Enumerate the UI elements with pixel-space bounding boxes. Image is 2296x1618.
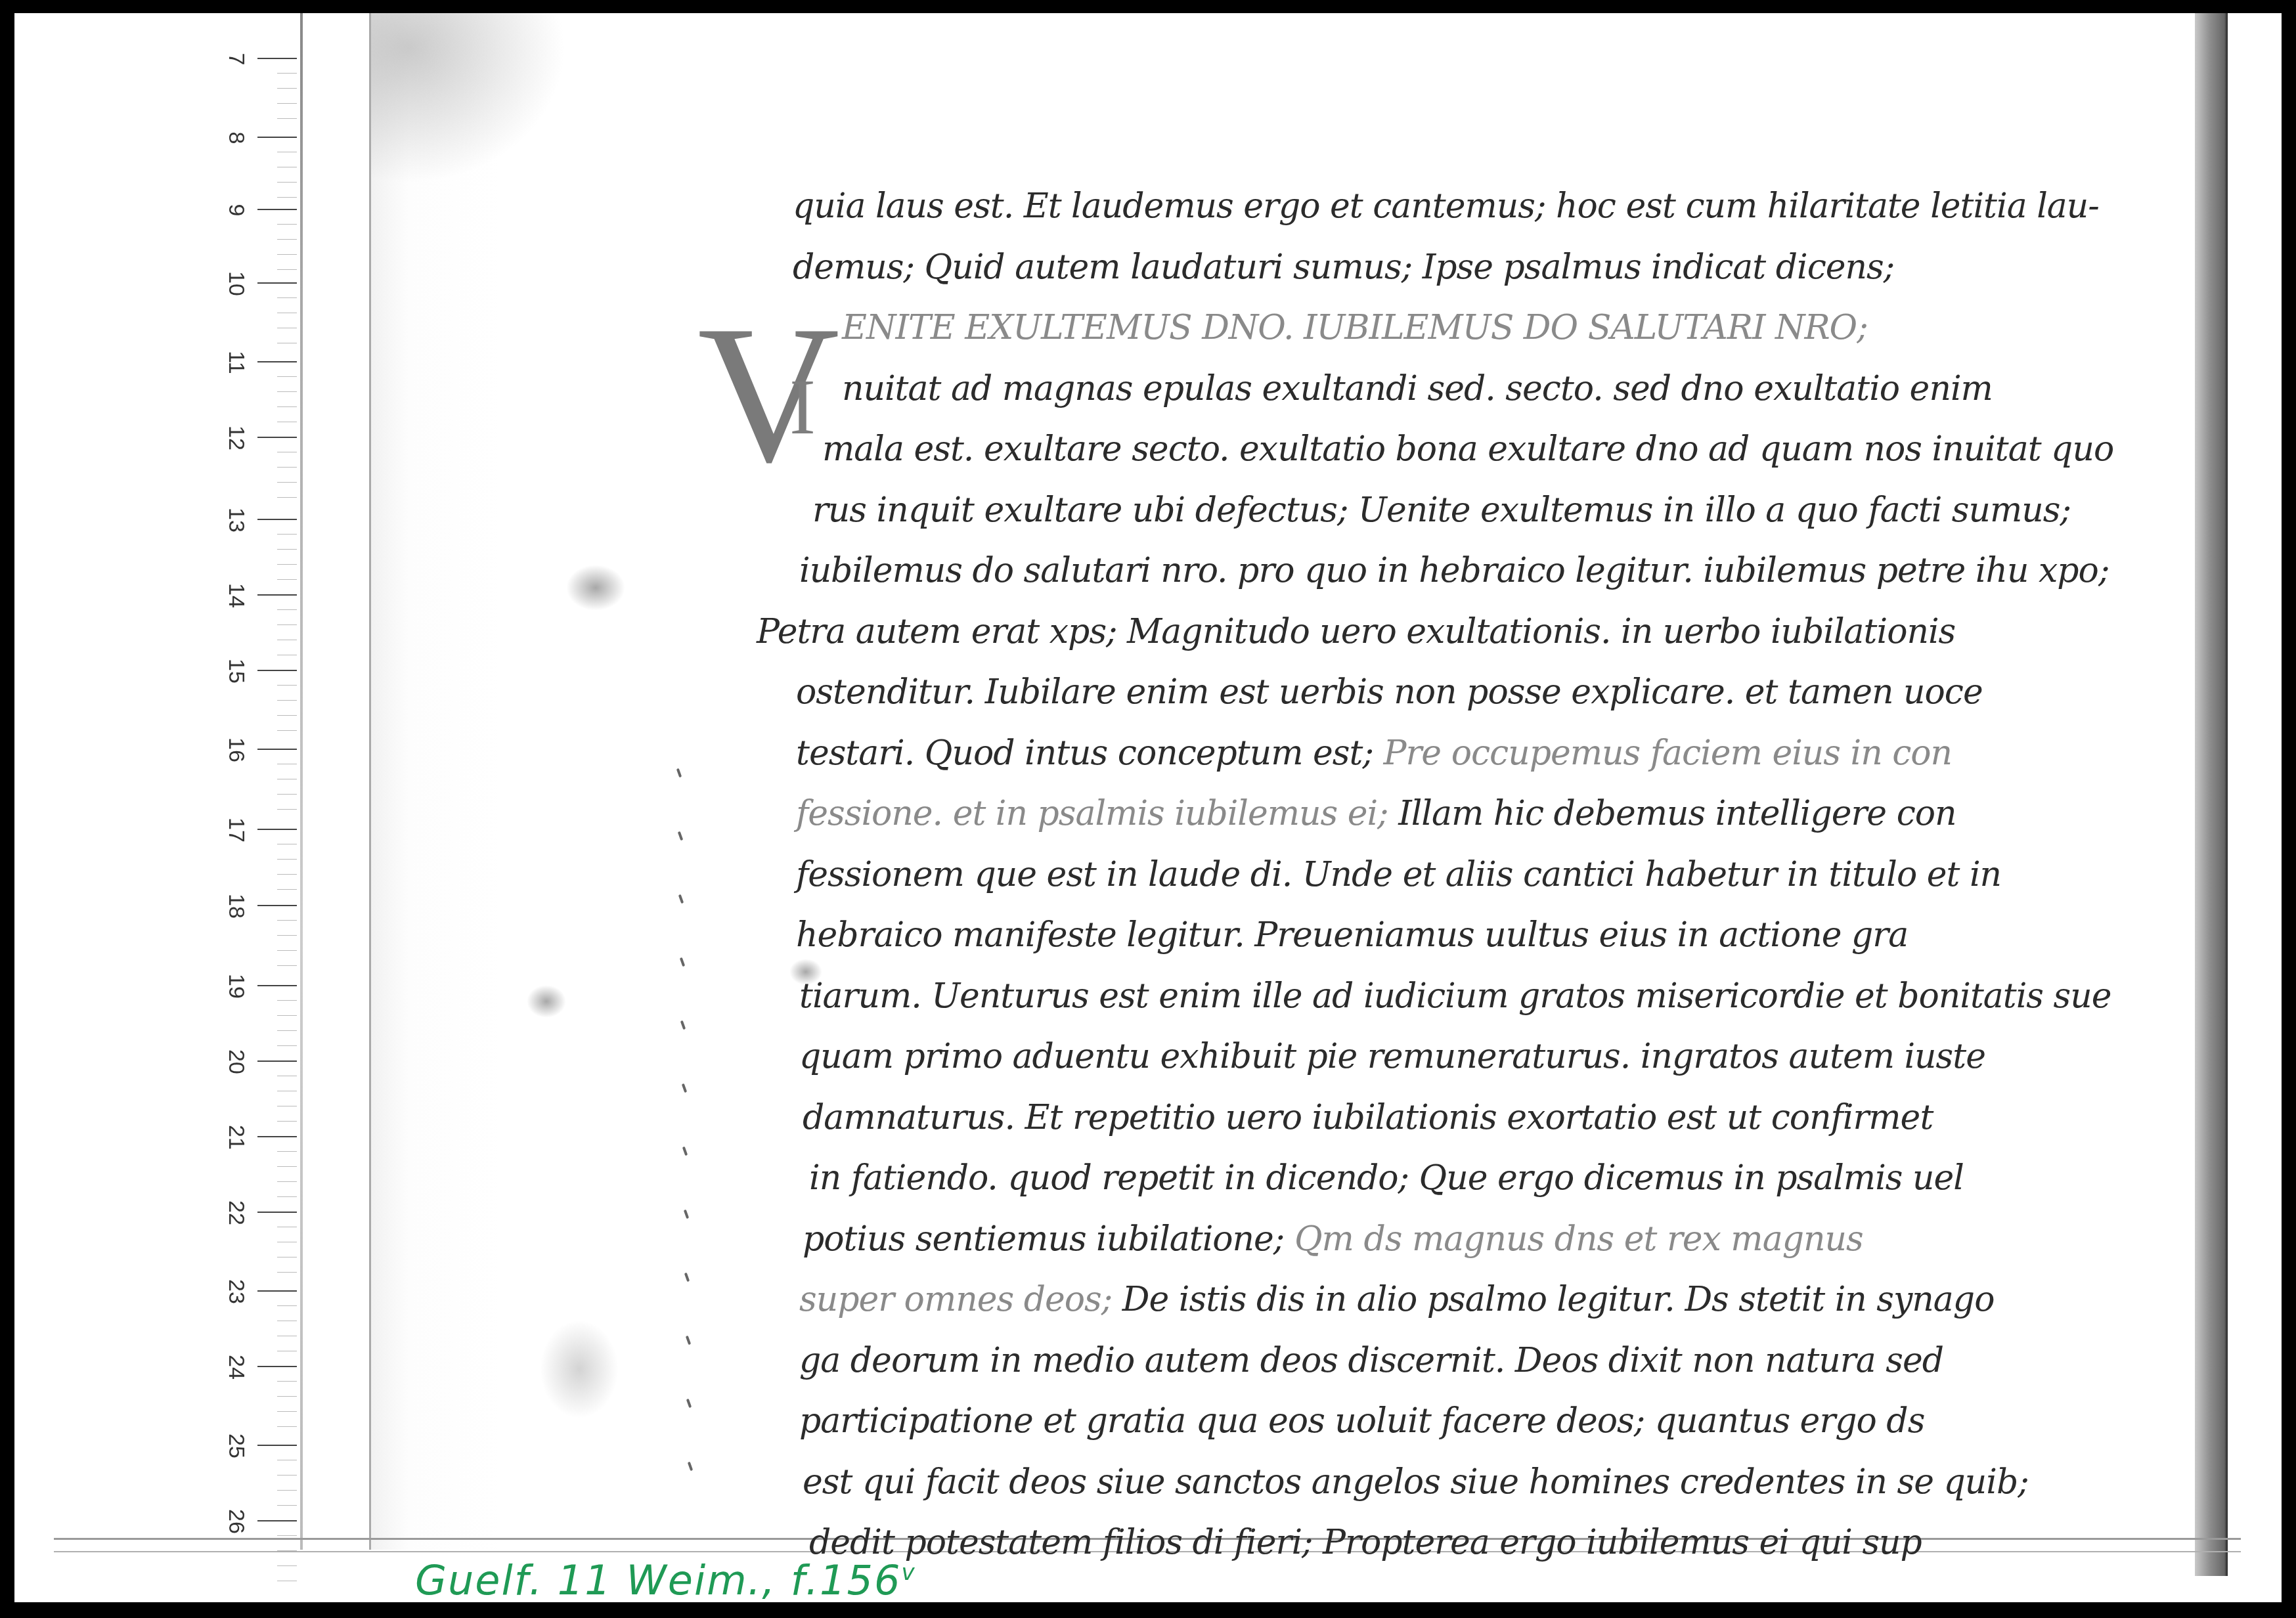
- ruler-minor-tick: [277, 118, 297, 119]
- ruler-minor-tick: [277, 1257, 297, 1257]
- line-text: iubilemus do salutari nro. pro quo in he…: [799, 551, 2109, 590]
- ruler-minor-tick: [277, 1000, 297, 1001]
- line-text: nuitat ad magnas epulas exultandi sed. s…: [842, 369, 1993, 408]
- ruler-minor-tick: [277, 1091, 297, 1091]
- ruler-minor-tick: [277, 1336, 297, 1336]
- ruler-minor-tick: [277, 297, 297, 298]
- ruler-minor-tick: [277, 1321, 297, 1321]
- ruler-minor-tick: [277, 376, 297, 377]
- ruler-minor-tick: [277, 889, 297, 890]
- line-text: quam primo aduentu exhibuit pie remunera…: [799, 1037, 1985, 1076]
- ruler-major-tick: [257, 1366, 297, 1367]
- leaf-edge: [369, 13, 371, 1550]
- ruler-major-tick: [257, 670, 297, 671]
- ruler-label: 21: [223, 1118, 250, 1157]
- line-text: ga deorum in medio autem deos discernit.…: [799, 1341, 1943, 1380]
- ruler-label: 23: [223, 1272, 250, 1311]
- ruler-major-tick: [257, 594, 297, 596]
- shelfmark-text: Guelf. 11 Weim., f.156: [415, 1556, 901, 1602]
- ruler-label: 8: [223, 118, 250, 158]
- ruler-minor-tick: [277, 1396, 297, 1397]
- ruler-minor-tick: [277, 965, 297, 966]
- ruler-minor-tick: [277, 1045, 297, 1046]
- ruler-minor-tick: [277, 1272, 297, 1273]
- manuscript-line: ga deorum in medio autem deos discernit.…: [799, 1340, 1943, 1382]
- ruler-minor-tick: [277, 730, 297, 731]
- manuscript-line: Petra autem erat xps; Magnitudo uero exu…: [757, 611, 1955, 653]
- ruler-minor-tick: [277, 564, 297, 565]
- ruler-minor-tick: [277, 422, 297, 422]
- ruler-label: 10: [223, 264, 250, 303]
- parchment-blot: [527, 985, 566, 1018]
- ruler-minor-tick: [277, 254, 297, 255]
- parchment-blot: [566, 565, 625, 611]
- ruler-minor-tick: [277, 534, 297, 535]
- ruler-minor-tick: [277, 685, 297, 686]
- manuscript-line: dedit potestatem filios di fieri; Propte…: [809, 1521, 1922, 1563]
- line-text: demus; Quid autem laudaturi sumus; Ipse …: [793, 248, 1894, 287]
- ruler-major-tick: [257, 1060, 297, 1062]
- manuscript-line: hebraico manifeste legitur. Preueniamus …: [796, 914, 1908, 956]
- ruler-minor-tick: [277, 715, 297, 716]
- ruler-major-tick: [257, 58, 297, 59]
- ruler-minor-tick: [277, 406, 297, 407]
- manuscript-line: damnaturus. Et repetitio uero iubilation…: [803, 1097, 1933, 1139]
- ruler-major-tick: [257, 749, 297, 750]
- ruler-minor-tick: [277, 579, 297, 580]
- ruler-label: 12: [223, 418, 250, 458]
- ruler-minor-tick: [277, 1030, 297, 1031]
- ruler-minor-tick: [277, 1565, 297, 1566]
- ruler-major-tick: [257, 361, 297, 362]
- ruler-minor-tick: [277, 1535, 297, 1536]
- ruler-minor-tick: [277, 452, 297, 452]
- ruler-major-tick: [257, 137, 297, 138]
- line-text: damnaturus. Et repetitio uero iubilation…: [803, 1098, 1933, 1137]
- ruler-minor-tick: [277, 874, 297, 875]
- manuscript-line: iubilemus do salutari nro. pro quo in he…: [799, 550, 2109, 592]
- line-text: rus inquit exultare ubi defectus; Uenite…: [812, 491, 2071, 530]
- ruler-minor-tick: [277, 328, 297, 328]
- ruler-minor-tick: [277, 1460, 297, 1460]
- ruler-minor-tick: [277, 700, 297, 701]
- ruler-minor-tick: [277, 1305, 297, 1306]
- ruler-major-tick: [257, 905, 297, 906]
- ruler-major-tick: [257, 1290, 297, 1292]
- line-text: participatione et gratia qua eos uoluit …: [799, 1401, 1924, 1441]
- scanned-page: 7891011121314151617181920212223242526 V …: [14, 13, 2282, 1602]
- line-text: tiarum. Uenturus est enim ille ad iudici…: [799, 976, 2111, 1016]
- ruler-label: 17: [223, 810, 250, 850]
- line-text: potius sentiemus iubilatione;: [803, 1219, 1284, 1259]
- ruler-minor-tick: [277, 1227, 297, 1227]
- decorated-initial-v: V: [697, 295, 840, 492]
- ruler-minor-tick: [277, 73, 297, 74]
- ruler-major-tick: [257, 519, 297, 520]
- ruler-minor-tick: [277, 549, 297, 550]
- ruler-minor-tick: [277, 844, 297, 844]
- manuscript-line: ENITE EXULTEMUS DNO. IUBILEMUS DO SALUTA…: [842, 307, 1868, 349]
- ruler-label: 25: [223, 1426, 250, 1466]
- ruler-label: 11: [223, 343, 250, 382]
- ruler-minor-tick: [277, 655, 297, 655]
- manuscript-line: nuitat ad magnas epulas exultandi sed. s…: [842, 368, 1993, 410]
- ruler-minor-tick: [277, 1351, 297, 1351]
- ruler-minor-tick: [277, 1581, 297, 1581]
- ruler-label: 7: [223, 39, 250, 79]
- manuscript-line: tiarum. Uenturus est enim ille ad iudici…: [799, 975, 2111, 1017]
- ruler-minor-tick: [277, 809, 297, 810]
- manuscript-line: potius sentiemus iubilatione; Qm ds magn…: [803, 1218, 1863, 1260]
- ruler-major-tick: [257, 985, 297, 986]
- ruler-major-tick: [257, 1520, 297, 1521]
- ruler-minor-tick: [277, 391, 297, 392]
- ruler-label: 15: [223, 651, 250, 691]
- ruler-minor-tick: [277, 313, 297, 313]
- line-text: mala est. exultare secto. exultatio bona…: [822, 429, 2113, 469]
- ruler-minor-tick: [277, 167, 297, 167]
- ruler-minor-tick: [277, 624, 297, 625]
- ruler-minor-tick: [277, 609, 297, 610]
- ruler-label: 18: [223, 886, 250, 926]
- line-text: quia laus est. Et laudemus ergo et cante…: [793, 186, 2099, 226]
- measurement-ruler: 7891011121314151617181920212223242526: [166, 13, 310, 1563]
- manuscript-line: rus inquit exultare ubi defectus; Uenite…: [812, 489, 2071, 531]
- ruler-minor-tick: [277, 1196, 297, 1197]
- ruler-minor-tick: [277, 1121, 297, 1122]
- shelfmark-verso: v: [901, 1560, 916, 1586]
- ruler-label: 22: [223, 1193, 250, 1233]
- ruler-minor-tick: [277, 794, 297, 795]
- parchment-stain: [369, 13, 566, 184]
- ruler-minor-tick: [277, 269, 297, 270]
- manuscript-line: quia laus est. Et laudemus ergo et cante…: [793, 185, 2099, 227]
- line-text: hebraico manifeste legitur. Preueniamus …: [796, 915, 1908, 955]
- ruler-minor-tick: [277, 467, 297, 468]
- ruler-label: 24: [223, 1347, 250, 1387]
- ruler-major-tick: [257, 829, 297, 830]
- ruler-label: 16: [223, 730, 250, 770]
- ruler-minor-tick: [277, 920, 297, 921]
- manuscript-line: ostenditur. Iubilare enim est uerbis non…: [796, 671, 1983, 713]
- manuscript-line: participatione et gratia qua eos uoluit …: [799, 1400, 1924, 1442]
- line-text: ostenditur. Iubilare enim est uerbis non…: [796, 672, 1983, 712]
- ruler-edge: [300, 13, 303, 1550]
- ruler-minor-tick: [277, 152, 297, 152]
- line-text-continuation: De istis dis in alio psalmo legitur. Ds …: [1122, 1280, 1995, 1319]
- ruler-minor-tick: [277, 239, 297, 240]
- manuscript-line: in fatiendo. quod repetit in dicendo; Qu…: [809, 1157, 1964, 1199]
- ruler-major-tick: [257, 209, 297, 210]
- manuscript-line: fessione. et in psalmis iubilemus ei; Il…: [796, 793, 1956, 835]
- manuscript-line: super omnes deos; De istis dis in alio p…: [799, 1279, 1994, 1321]
- ruler-minor-tick: [277, 497, 297, 498]
- ruler-minor-tick: [277, 1505, 297, 1506]
- binding-gutter-shadow: [2195, 13, 2228, 1576]
- line-text: in fatiendo. quod repetit in dicendo; Qu…: [809, 1158, 1964, 1198]
- decorated-initial-i: I: [789, 368, 816, 447]
- ruler-major-tick: [257, 1136, 297, 1137]
- manuscript-line: demus; Quid autem laudaturi sumus; Ipse …: [793, 246, 1894, 288]
- ruler-major-tick: [257, 1445, 297, 1446]
- ruler-major-tick: [257, 437, 297, 438]
- ruler-minor-tick: [277, 859, 297, 860]
- ruler-minor-tick: [277, 764, 297, 764]
- line-text: Petra autem erat xps; Magnitudo uero exu…: [757, 612, 1955, 651]
- line-text: est qui facit deos siue sanctos angelos …: [803, 1462, 2029, 1502]
- line-text: testari. Quod intus conceptum est;: [796, 733, 1373, 773]
- ruler-minor-tick: [277, 1242, 297, 1242]
- ruler-minor-tick: [277, 88, 297, 89]
- manuscript-line: fessionem que est in laude di. Unde et a…: [796, 854, 2001, 896]
- rubric-text: Qm ds magnus dns et rex magnus: [1294, 1219, 1863, 1259]
- line-text: super omnes deos;: [799, 1280, 1112, 1319]
- ruler-minor-tick: [277, 1015, 297, 1016]
- ruler-minor-tick: [277, 224, 297, 225]
- ruler-minor-tick: [277, 103, 297, 104]
- ruler-minor-tick: [277, 1076, 297, 1076]
- ruler-label: 26: [223, 1502, 250, 1541]
- ruler-minor-tick: [277, 1106, 297, 1106]
- ruler-minor-tick: [277, 1381, 297, 1382]
- ruler-minor-tick: [277, 197, 297, 198]
- ruler-minor-tick: [277, 1181, 297, 1182]
- ruler-minor-tick: [277, 779, 297, 779]
- ruler-minor-tick: [277, 1426, 297, 1427]
- ruler-minor-tick: [277, 1411, 297, 1412]
- ruler-minor-tick: [277, 1166, 297, 1167]
- line-text-continuation: Illam hic debemus intelligere con: [1398, 794, 1956, 833]
- manuscript-line: testari. Quod intus conceptum est; Pre o…: [796, 732, 1952, 774]
- manuscript-line: quam primo aduentu exhibuit pie remunera…: [799, 1036, 1985, 1078]
- ruler-label: 13: [223, 500, 250, 540]
- ruler-label: 14: [223, 576, 250, 615]
- ruler-minor-tick: [277, 1475, 297, 1476]
- line-text: ENITE EXULTEMUS DNO. IUBILEMUS DO SALUTA…: [842, 308, 1868, 347]
- ruler-minor-tick: [277, 482, 297, 483]
- line-text: fessione. et in psalmis iubilemus ei;: [796, 794, 1388, 833]
- ruler-minor-tick: [277, 343, 297, 343]
- ruler-minor-tick: [277, 935, 297, 936]
- manuscript-line: est qui facit deos siue sanctos angelos …: [803, 1461, 2029, 1503]
- ruler-minor-tick: [277, 640, 297, 640]
- rubric-text: Pre occupemus faciem eius in con: [1384, 733, 1953, 773]
- ruler-label: 9: [223, 190, 250, 230]
- ruler-minor-tick: [277, 1490, 297, 1491]
- ruler-minor-tick: [277, 1151, 297, 1152]
- ruler-minor-tick: [277, 182, 297, 183]
- ruler-major-tick: [257, 282, 297, 284]
- ruler-label: 19: [223, 967, 250, 1006]
- ruler-major-tick: [257, 1212, 297, 1213]
- ruler-label: 20: [223, 1042, 250, 1082]
- line-text: fessionem que est in laude di. Unde et a…: [796, 855, 2001, 894]
- line-text: dedit potestatem filios di fieri; Propte…: [809, 1523, 1922, 1562]
- manuscript-line: mala est. exultare secto. exultatio bona…: [822, 428, 2113, 470]
- shelfmark-annotation: Guelf. 11 Weim., f.156v: [415, 1556, 916, 1602]
- ruler-minor-tick: [277, 950, 297, 951]
- parchment-blot: [540, 1320, 619, 1418]
